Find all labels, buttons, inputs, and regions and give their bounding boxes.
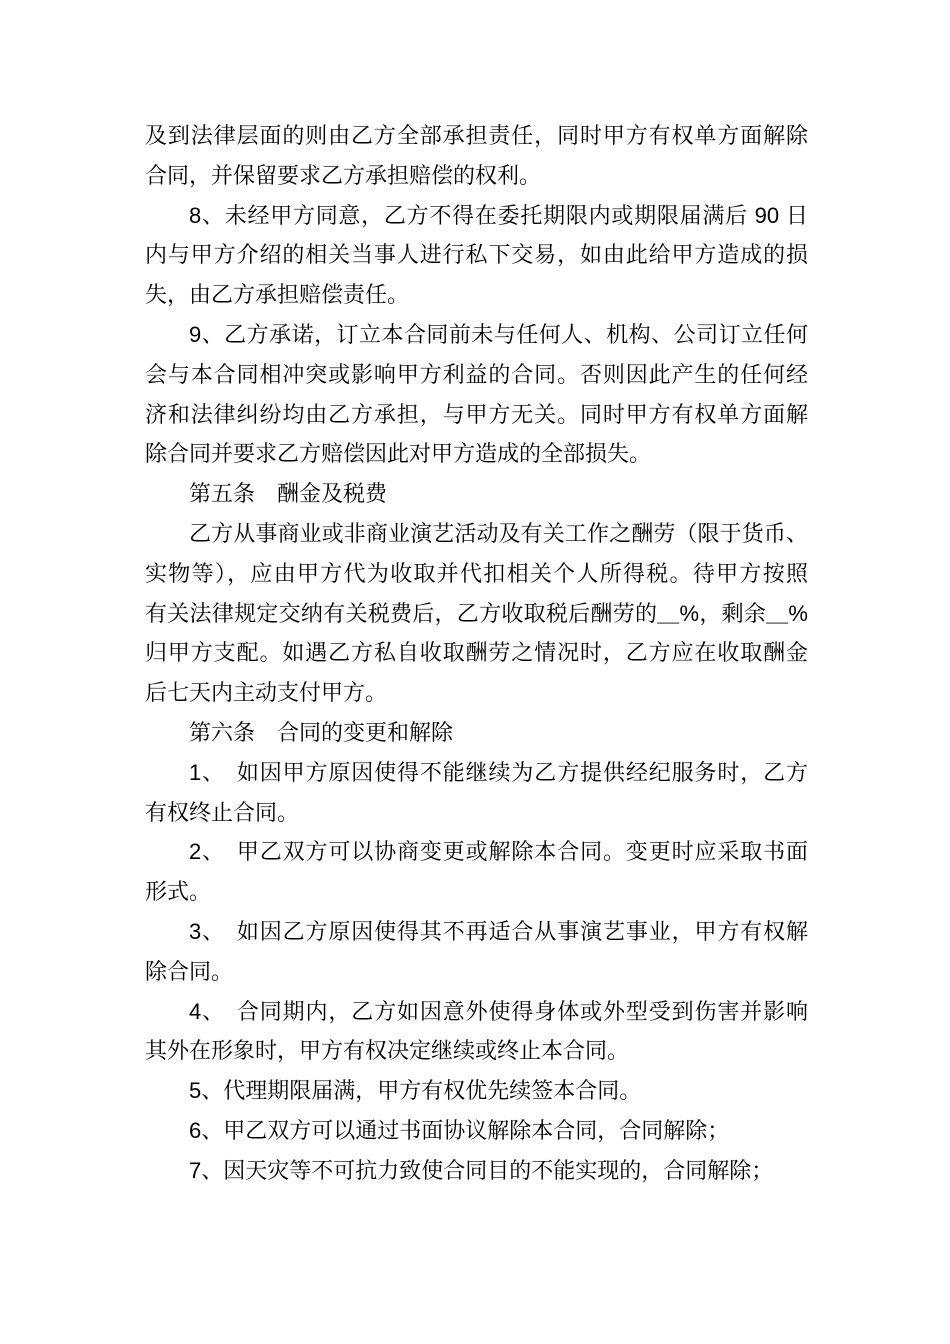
text-line-item-3: 3、 如因乙方原因使得其不再适合从事演艺事业，甲方有权解	[145, 912, 808, 952]
section-heading-article-5: 第五条 酬金及税费	[145, 474, 808, 514]
text-line: 乙方从事商业或非商业演艺活动及有关工作之酬劳（限于货币、	[145, 514, 808, 554]
text-line: 实物等），应由甲方代为收取并代扣相关个人所得税。待甲方按照	[145, 554, 808, 594]
text-line-item-4: 4、 合同期内，乙方如因意外使得身体或外型受到伤害并影响	[145, 992, 808, 1032]
text-line-item-5: 5、代理期限届满，甲方有权优先续签本合同。	[145, 1071, 808, 1111]
text-line: 其外在形象时，甲方有权决定继续或终止本合同。	[145, 1031, 808, 1071]
text-line: 有权终止合同。	[145, 793, 808, 833]
text-line: 后七天内主动支付甲方。	[145, 673, 808, 713]
text-line-item-1: 1、 如因甲方原因使得不能继续为乙方提供经纪服务时，乙方	[145, 753, 808, 793]
contract-text-block: 及到法律层面的则由乙方全部承担责任，同时甲方有权单方面解除 合同，并保留要求乙方…	[145, 116, 808, 1191]
text-line: 除合同。	[145, 952, 808, 992]
text-line: 合同，并保留要求乙方承担赔偿的权利。	[145, 156, 808, 196]
text-line: 及到法律层面的则由乙方全部承担责任，同时甲方有权单方面解除	[145, 116, 808, 156]
text-line: 内与甲方介绍的相关当事人进行私下交易，如由此给甲方造成的损	[145, 235, 808, 275]
text-line-item-7: 7、因天灾等不可抗力致使合同目的不能实现的，合同解除；	[145, 1151, 808, 1191]
text-line: 归甲方支配。如遇乙方私自收取酬劳之情况时，乙方应在收取酬金	[145, 633, 808, 673]
document-page: 及到法律层面的则由乙方全部承担责任，同时甲方有权单方面解除 合同，并保留要求乙方…	[0, 0, 950, 1344]
text-line-item-2: 2、 甲乙双方可以协商变更或解除本合同。变更时应采取书面	[145, 832, 808, 872]
text-line-item-6: 6、甲乙双方可以通过书面协议解除本合同，合同解除；	[145, 1111, 808, 1151]
text-line: 济和法律纠纷均由乙方承担，与甲方无关。同时甲方有权单方面解	[145, 395, 808, 435]
text-line: 形式。	[145, 872, 808, 912]
text-line: 有关法律规定交纳有关税费后，乙方收取税后酬劳的＿%，剩余＿%	[145, 594, 808, 634]
section-heading-article-6: 第六条 合同的变更和解除	[145, 713, 808, 753]
text-line: 失，由乙方承担赔偿责任。	[145, 275, 808, 315]
text-line: 除合同并要求乙方赔偿因此对甲方造成的全部损失。	[145, 434, 808, 474]
text-line-clause-9: 9、乙方承诺，订立本合同前未与任何人、机构、公司订立任何	[145, 315, 808, 355]
text-line: 会与本合同相冲突或影响甲方利益的合同。否则因此产生的任何经	[145, 355, 808, 395]
text-line-clause-8: 8、未经甲方同意，乙方不得在委托期限内或期限届满后 90 日	[145, 196, 808, 236]
